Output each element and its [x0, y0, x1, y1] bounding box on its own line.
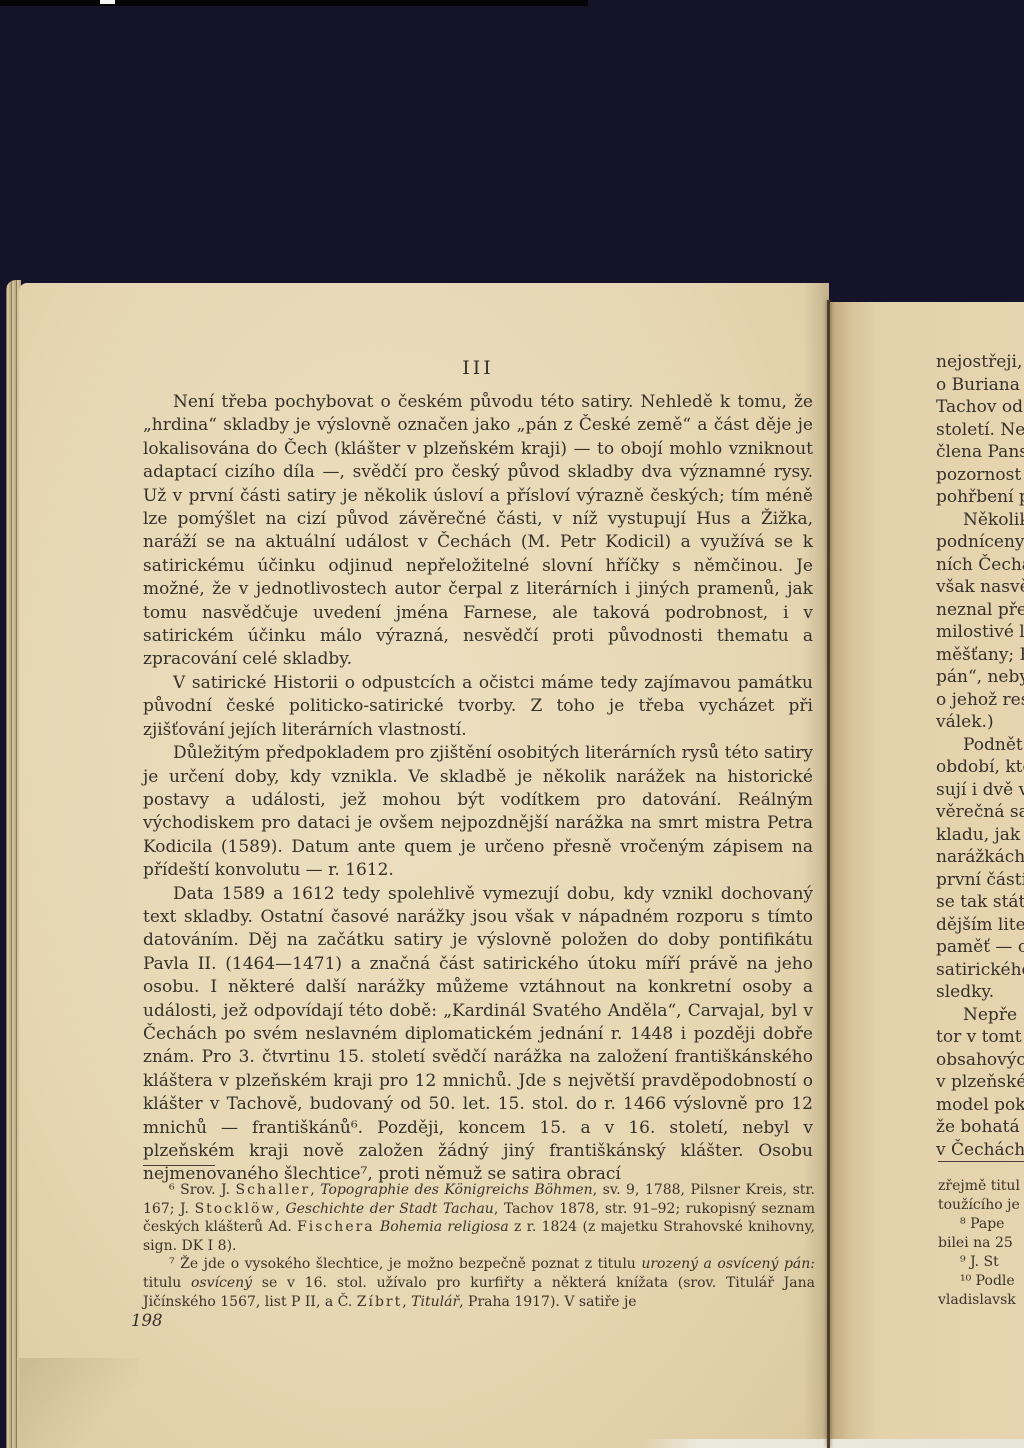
- facing-line: model pokl: [936, 1095, 1024, 1118]
- facing-footnote-line: bilei na 25: [938, 1235, 1024, 1254]
- facing-footnote-line: ⁹ J. St: [938, 1254, 1024, 1273]
- facing-line: neznal přesn: [936, 600, 1024, 623]
- facing-line: však nasvěd: [936, 577, 1024, 600]
- facing-line: o jehož rest: [936, 690, 1024, 713]
- facing-line: první části: [936, 870, 1024, 893]
- facing-footnote-line: ⁸ Pape: [938, 1216, 1024, 1235]
- paragraph: V satirické Historii o odpustcích a očis…: [143, 672, 813, 742]
- facing-line: narážkách,: [936, 847, 1024, 870]
- facing-line: věrečná sat: [936, 802, 1024, 825]
- white-notch: [100, 0, 115, 4]
- facing-footnote-line: zřejmě titul: [938, 1178, 1024, 1197]
- facing-line: obsahových: [936, 1050, 1024, 1073]
- facing-line: v plzeňské: [936, 1072, 1024, 1095]
- paragraph: Důležitým předpokladem pro zjištění osob…: [143, 742, 813, 882]
- main-paragraphs: Není třeba pochybovat o českém původu té…: [143, 391, 813, 1187]
- left-page: III Není třeba pochybovat o českém původ…: [19, 283, 829, 1448]
- book-photo: { "page": { "section_heading": "III", "n…: [0, 0, 1024, 1448]
- footnote: ⁷ Že jde o vysokého šlechtice, je možno …: [143, 1255, 815, 1311]
- page-number: 198: [131, 1311, 163, 1330]
- facing-line: satirického: [936, 960, 1024, 983]
- corner-shade: [19, 1358, 139, 1448]
- facing-column: nejostřeji, no Buriana zTachov od rstole…: [936, 352, 1024, 1162]
- facing-line: člena Pansk: [936, 442, 1024, 465]
- facing-line: že bohatá: [936, 1117, 1024, 1140]
- facing-line: měšťany; B: [936, 645, 1024, 668]
- facing-line: ních Čechác: [936, 555, 1024, 578]
- facing-line: Tachov od r: [936, 397, 1024, 420]
- facing-line: kladu, jak o: [936, 825, 1024, 848]
- facing-line: Nepře: [936, 1005, 1024, 1028]
- facing-line: sledky.: [936, 982, 1024, 1005]
- facing-footnote-line: toužícího je: [938, 1197, 1024, 1216]
- facing-line: pán“, nebyl: [936, 667, 1024, 690]
- facing-footnotes: zřejmě titultoužícího je⁸ Papebilei na 2…: [938, 1178, 1024, 1311]
- facing-line: paměť — o: [936, 937, 1024, 960]
- facing-footnote-line: vladislavsk: [938, 1292, 1024, 1311]
- paragraph: Data 1589 a 1612 tedy spolehlivě vymezuj…: [143, 883, 813, 1187]
- facing-footnote-line: ¹⁰ Podle: [938, 1273, 1024, 1292]
- facing-line: válek.): [936, 712, 1024, 735]
- facing-line: se tak stát: [936, 892, 1024, 915]
- facing-line: pozornost pr: [936, 465, 1024, 488]
- facing-line: nejostřeji, n: [936, 352, 1024, 375]
- facing-line: v Čechách: [936, 1140, 1024, 1163]
- facing-line: milostivé lét: [936, 622, 1024, 645]
- facing-line: o Buriana z: [936, 375, 1024, 398]
- bottom-edge-strip: [640, 1439, 1024, 1448]
- facing-line: tor v tomt: [936, 1027, 1024, 1050]
- facing-line: pohřbení pá: [936, 487, 1024, 510]
- facing-line: sují i dvě v: [936, 780, 1024, 803]
- footnotes: ⁶ Srov. J. Schaller, Topographie des Kön…: [143, 1181, 815, 1311]
- footnote-rule: [143, 1165, 215, 1166]
- facing-line: století. Nesr: [936, 420, 1024, 443]
- section-heading: III: [143, 357, 813, 379]
- facing-footnote-rule: [938, 1161, 1024, 1162]
- facing-line: období, kter: [936, 757, 1024, 780]
- facing-line: podníceny s: [936, 532, 1024, 555]
- facing-line: Několik: [936, 510, 1024, 533]
- top-black-strip: [0, 0, 588, 6]
- facing-line: Podnět: [936, 735, 1024, 758]
- gutter-line: [827, 300, 830, 1448]
- paragraph: Není třeba pochybovat o českém původu té…: [143, 391, 813, 672]
- facing-line: dějším liter: [936, 915, 1024, 938]
- footnote: ⁶ Srov. J. Schaller, Topographie des Kön…: [143, 1181, 815, 1255]
